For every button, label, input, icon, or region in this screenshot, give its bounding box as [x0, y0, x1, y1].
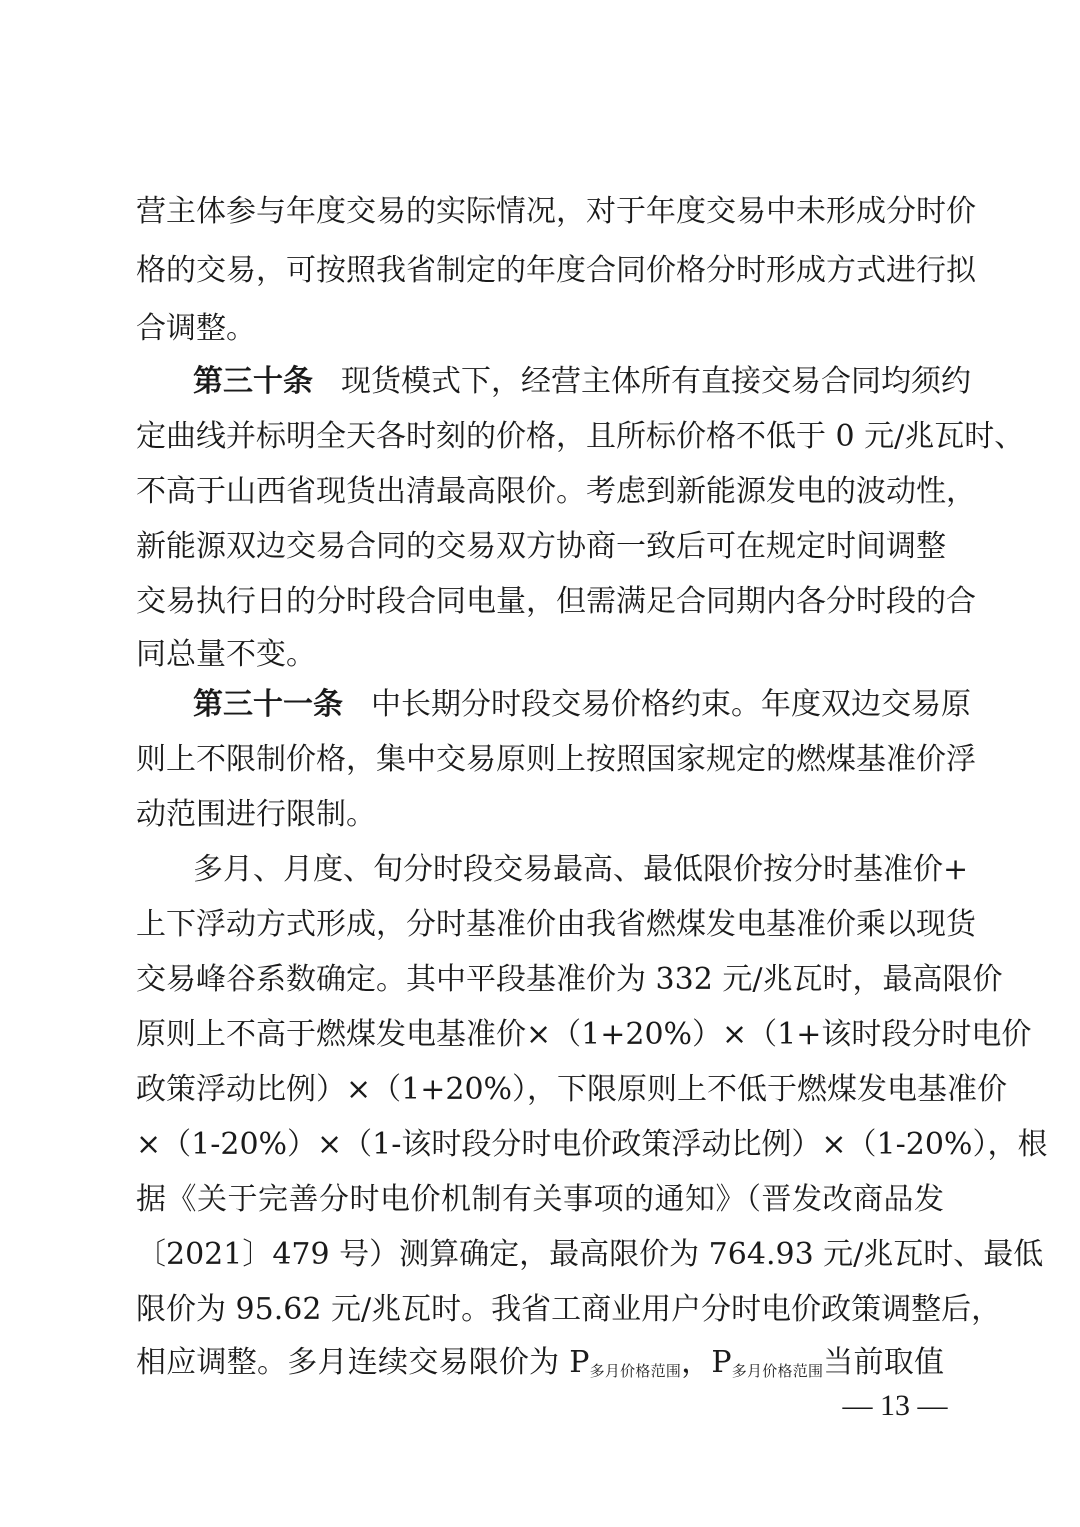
- article-30-first-line: 第三十条现货模式下，经营主体所有直接交易合同均须约: [193, 362, 944, 402]
- article-30-heading: 第三十条: [193, 364, 313, 399]
- text-line: 交易执行日的分时段合同电量，但需满足合同期内各分时段的合: [136, 582, 944, 622]
- text-line-with-subscripts: 相应调整。多月连续交易限价为 P多月价格范围，P多月价格范围当前取值: [136, 1343, 944, 1383]
- text-line: 多月、月度、旬分时段交易最高、最低限价按分时基准价+: [193, 850, 944, 890]
- document-page: 营主体参与年度交易的实际情况，对于年度交易中未形成分时价 格的交易，可按照我省制…: [0, 0, 1080, 1527]
- text-line: 同总量不变。: [136, 635, 944, 675]
- text-line: 则上不限制价格，集中交易原则上按照国家规定的燃煤基准价浮: [136, 740, 944, 780]
- text-line: 动范围进行限制。: [136, 795, 944, 835]
- subscript: 多月价格范围: [732, 1362, 824, 1380]
- text-line: 交易峰谷系数确定。其中平段基准价为 332 元/兆瓦时，最高限价: [136, 960, 944, 1000]
- text-line: 原则上不高于燃煤发电基准价×（1+20%）×（1+该时段分时电价: [136, 1015, 944, 1055]
- text-span: 相应调整。多月连续交易限价为 P: [136, 1345, 589, 1380]
- text-line: 政策浮动比例）×（1+20%），下限原则上不低于燃煤发电基准价: [136, 1070, 944, 1110]
- text-span: 当前取值: [823, 1345, 944, 1380]
- text-line: 定曲线并标明全天各时刻的价格，且所标价格不低于 0 元/兆瓦时、: [136, 417, 944, 457]
- text-span: 中长期分时段交易价格约束。年度双边交易原: [371, 687, 971, 722]
- text-line: ×（1-20%）×（1-该时段分时电价政策浮动比例）×（1-20%），根: [136, 1125, 944, 1165]
- text-span: 现货模式下，经营主体所有直接交易合同均须约: [341, 364, 971, 399]
- subscript: 多月价格范围: [589, 1362, 681, 1380]
- page-number: — 13 —: [840, 1388, 950, 1424]
- article-31-first-line: 第三十一条中长期分时段交易价格约束。年度双边交易原: [193, 685, 944, 725]
- text-line: 营主体参与年度交易的实际情况，对于年度交易中未形成分时价: [136, 192, 944, 232]
- text-line: 新能源双边交易合同的交易双方协商一致后可在规定时间调整: [136, 527, 944, 567]
- text-line: 限价为 95.62 元/兆瓦时。我省工商业用户分时电价政策调整后，: [136, 1290, 944, 1330]
- text-line: 〔2021〕479 号）测算确定，最高限价为 764.93 元/兆瓦时、最低: [136, 1235, 944, 1275]
- article-31-heading: 第三十一条: [193, 687, 343, 722]
- text-line: 格的交易，可按照我省制定的年度合同价格分时形成方式进行拟: [136, 251, 944, 291]
- text-line: 合调整。: [136, 309, 944, 349]
- text-line: 上下浮动方式形成，分时基准价由我省燃煤发电基准价乘以现货: [136, 905, 944, 945]
- text-line: 不高于山西省现货出清最高限价。考虑到新能源发电的波动性，: [136, 472, 944, 512]
- text-span: ，P: [681, 1345, 731, 1380]
- text-line: 据《关于完善分时电价机制有关事项的通知》（晋发改商品发: [136, 1180, 944, 1220]
